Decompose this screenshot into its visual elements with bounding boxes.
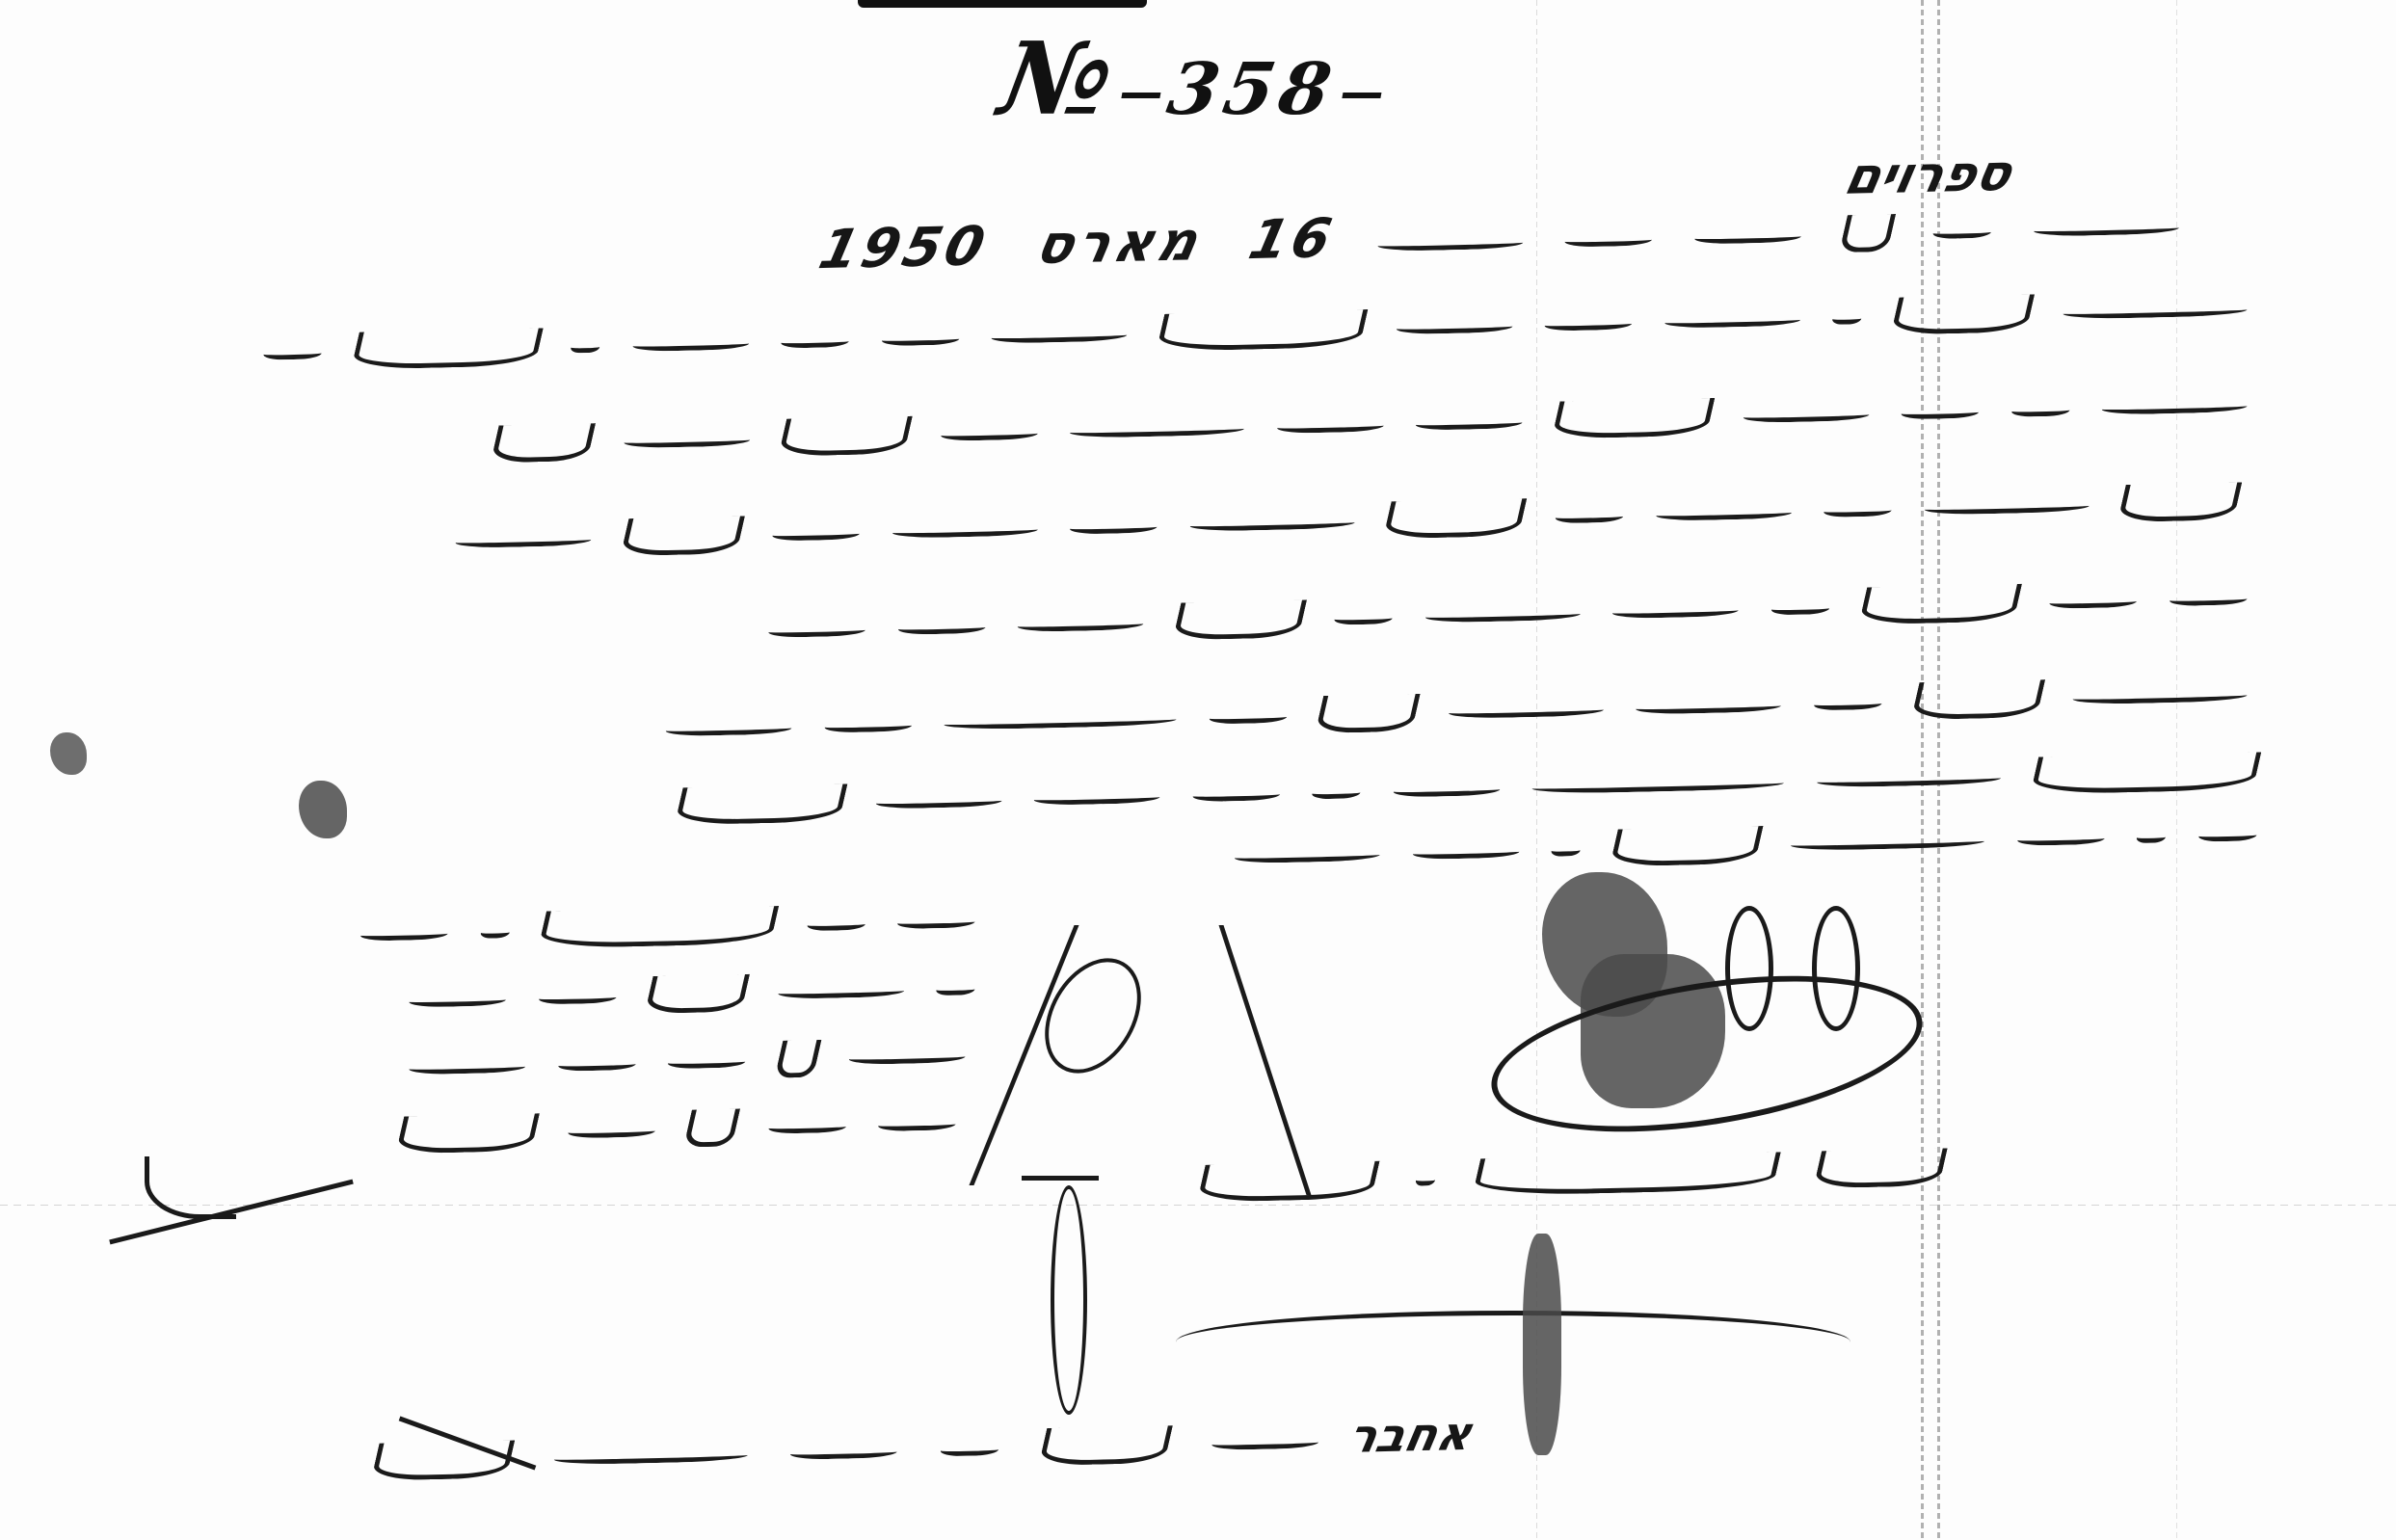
handwriting-stroke [2062,301,2249,319]
handwriting-stroke [1931,223,1993,238]
handwriting-stroke [1611,601,1741,619]
ink-blot [50,732,87,775]
body-line-3 [476,385,2265,464]
handwriting-stroke [1635,697,1783,714]
handwriting-stroke [789,1443,899,1459]
ink-drip [1523,1234,1561,1455]
handwriting-stroke [2032,219,2180,236]
date-year: 1950 [812,215,994,281]
handwriting-stroke [666,1052,747,1069]
handwriting-stroke [1447,701,1605,719]
signature-3-underline [1176,1311,1850,1373]
handwriting-stroke [1551,398,1715,439]
handwriting-stroke [943,710,1179,730]
closing-line: אחבר [356,1407,1477,1486]
handwriting-stroke [781,332,852,349]
handwriting-stroke [1923,497,2090,516]
handwriting-stroke [1069,518,1159,535]
body-line-2 [247,289,2266,372]
date-day: 16 [1242,207,1340,272]
handwriting-stroke [1550,841,1583,857]
handwriting-stroke [1563,230,1654,247]
number-prefix: № [992,19,1128,138]
horizontal-fold-line [0,1205,2396,1206]
body-line-8 [1217,814,2276,876]
handwriting-stroke [1033,788,1162,806]
handwriting-stroke [1900,404,1981,420]
handwriting-stroke [351,328,544,369]
handwriting-stroke [823,717,914,733]
body-line-5 [751,578,2265,650]
handwriting-stroke [1334,609,1396,624]
handwriting-stroke [1544,315,1635,332]
handwriting-stroke [1790,833,1986,852]
handwriting-stroke [1813,1148,1948,1188]
handwriting-stroke [1692,227,1802,244]
handwriting-stroke [620,516,744,556]
handwriting-stroke [1208,708,1289,725]
handwriting-stroke [2197,826,2259,841]
handwriting-stroke [848,1048,968,1065]
handwriting-stroke [1554,508,1625,524]
handwriting-stroke [1376,233,1525,251]
handwriting-stroke [897,619,988,635]
scanned-letter-page: №358 ספרוים 16 מארס 1950 [0,0,2396,1540]
handwriting-stroke [1770,599,1832,615]
postscript-flourish [145,1156,236,1219]
number-value: 358 [1161,48,1343,131]
handwriting-stroke [490,423,595,463]
handwriting-stroke [1315,694,1420,733]
handwriting-stroke [664,719,793,736]
handwriting-stroke [1473,1152,1782,1196]
handwriting-stroke [2049,593,2140,609]
handwriting-stroke [408,991,508,1007]
signature-2-loop [1812,906,1860,1031]
handwriting-stroke [896,913,977,929]
top-ink-rule [858,0,1147,8]
signature-2-loop [1725,906,1773,1031]
postscript-line-3 [391,1036,983,1087]
handwriting-stroke [1157,309,1369,352]
body-line-4 [438,482,2255,560]
handwriting-stroke [622,431,751,448]
handwriting-stroke [806,916,867,931]
handwriting-stroke [1415,413,1525,430]
handwriting-stroke [479,923,512,939]
postscript-line-1 [343,901,994,953]
handwriting-stroke [1172,599,1307,640]
handwriting-stroke [2010,401,2071,416]
handwriting-stroke [538,906,779,948]
signature-1-stroke [1022,1176,1099,1181]
handwriting-stroke [683,1108,740,1147]
handwriting-stroke [675,783,848,825]
body-line-1-date-line: 16 מארס 1950 [795,188,2200,282]
handwriting-stroke [774,1040,821,1078]
handwriting-stroke [1424,605,1583,624]
handwriting-stroke [1393,781,1503,797]
document-number: №358 [992,19,1401,138]
date-month: מארס [1029,210,1208,277]
handwriting-stroke [1531,774,1787,794]
handwriting-stroke [1233,846,1381,863]
handwriting-stroke [991,327,1130,344]
signature-3 [1184,1142,1963,1204]
underline-mark [1342,93,1381,98]
handwriting-stroke [263,344,325,359]
handwriting-stroke [1210,1433,1319,1449]
handwriting-stroke [1038,1425,1173,1466]
handwriting-stroke [1654,504,1793,521]
handwriting-stroke [881,330,962,346]
handwriting-stroke [1396,318,1515,335]
closing-line-first-word: אחבר [1343,1407,1477,1464]
handwriting-stroke [408,1058,527,1075]
handwriting-stroke [874,792,1003,810]
handwriting-stroke [1383,498,1528,539]
body-line-6 [648,675,2265,749]
underline-mark [1122,93,1161,98]
handwriting-stroke [1610,826,1764,866]
ink-blot [299,781,347,838]
handwriting-stroke [1191,785,1282,802]
handwriting-stroke [370,1440,515,1480]
handwriting-stroke [767,1118,848,1134]
handwriting-stroke [566,1122,656,1138]
handwriting-stroke [1839,214,1896,252]
handwriting-stroke [877,1115,958,1131]
signature-1-loop [1051,1185,1087,1415]
handwriting-stroke [2117,482,2242,522]
handwriting-stroke [939,425,1039,441]
handwriting-stroke [1823,501,1894,518]
handwriting-stroke [778,416,913,457]
handwriting-stroke [1858,584,2022,625]
postscript-line-4 [382,1103,973,1155]
handwriting-stroke [939,1441,1000,1456]
handwriting-stroke [2136,828,2169,843]
handwriting-stroke [1742,406,1871,423]
handwriting-stroke [1069,420,1246,438]
handwriting-stroke [1813,695,1884,711]
handwriting-stroke [395,1113,540,1154]
handwriting-stroke [1411,843,1521,860]
handwriting-stroke [552,1446,749,1465]
postscript-line-2 [391,969,993,1020]
handwriting-stroke [1816,769,2003,787]
handwriting-stroke [537,989,618,1005]
handwriting-stroke [2030,752,2261,794]
handwriting-stroke [1415,1171,1438,1185]
handwriting-stroke [1891,294,2036,334]
body-line-7 [661,752,2275,826]
handwriting-stroke [556,1055,637,1072]
handwriting-stroke [1312,783,1364,799]
handwriting-stroke [767,622,867,638]
handwriting-stroke [2169,590,2250,606]
handwriting-stroke [2016,830,2107,846]
handwriting-stroke [1910,679,2045,720]
handwriting-stroke [1197,1160,1380,1202]
handwriting-stroke [891,520,1039,538]
handwriting-stroke [935,980,977,996]
handwriting-stroke [1832,309,1865,325]
handwriting-stroke [2071,686,2249,704]
handwriting-stroke [631,334,751,352]
handwriting-stroke [454,531,593,548]
handwriting-stroke [1664,311,1802,329]
handwriting-stroke [1275,417,1385,434]
handwriting-stroke [359,925,449,942]
handwriting-stroke [771,525,862,542]
handwriting-stroke [777,982,906,999]
handwriting-stroke [645,974,750,1014]
handwriting-stroke [1017,615,1146,632]
handwriting-stroke [1188,514,1356,532]
handwriting-stroke [2100,397,2249,414]
handwriting-stroke [571,338,603,354]
